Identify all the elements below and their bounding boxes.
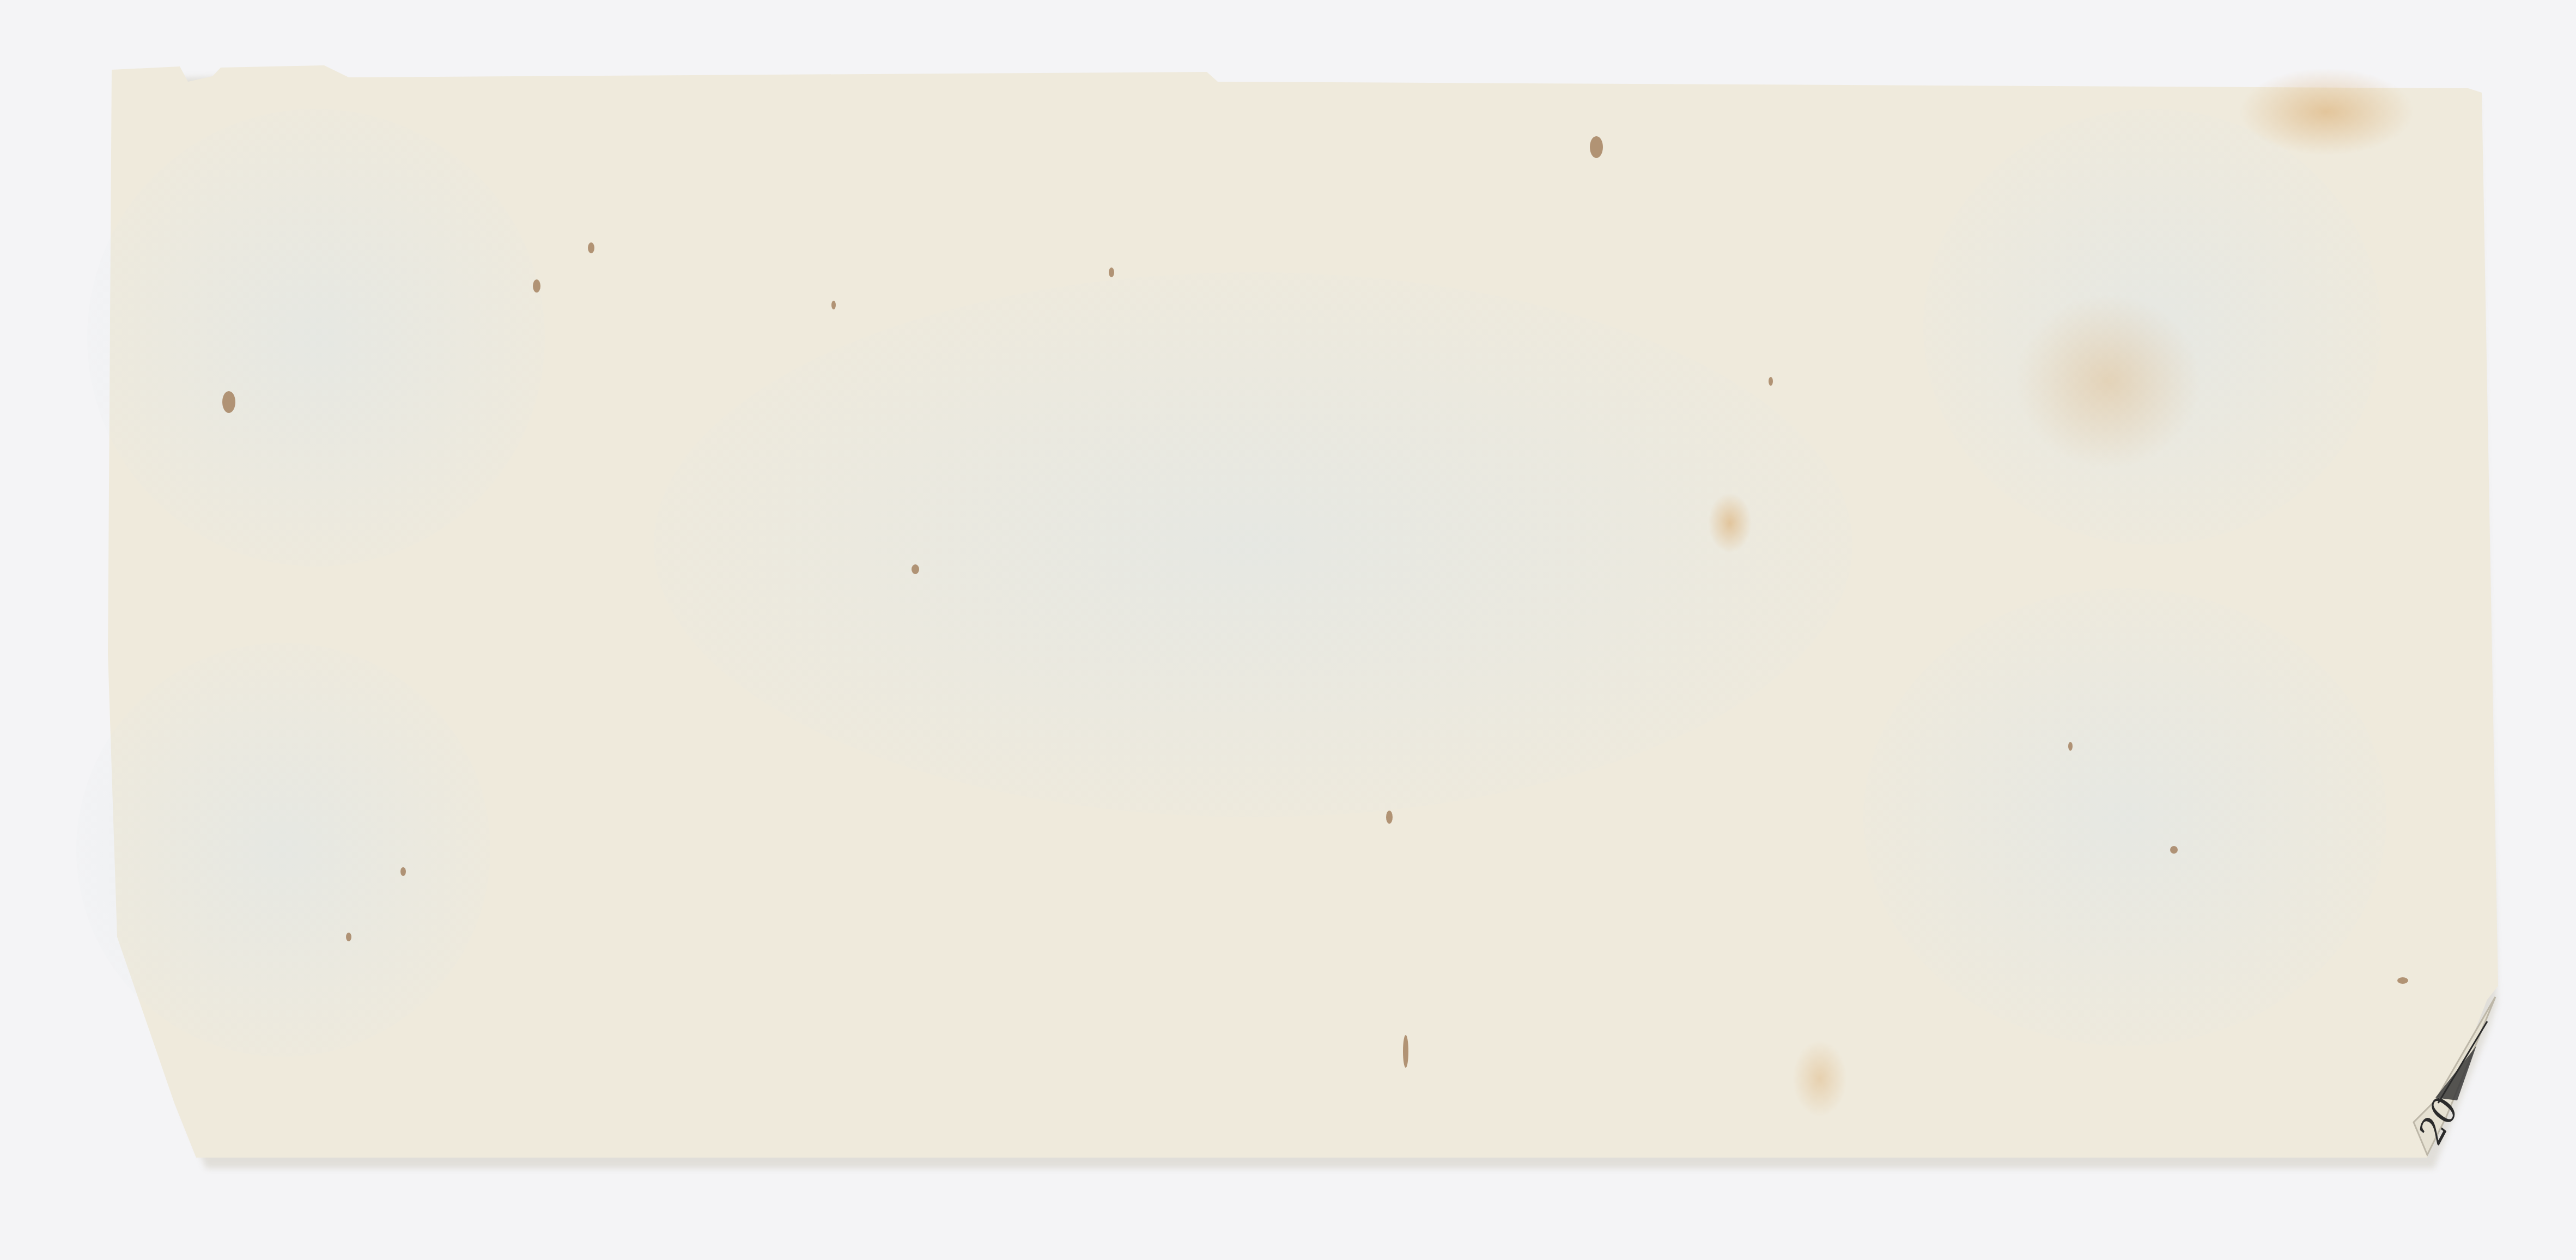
- right-stain: [2016, 294, 2201, 468]
- bottom-stain: [1793, 1040, 1847, 1117]
- right-vignette-tint: [1863, 588, 2386, 1046]
- center-tint: [654, 272, 1852, 817]
- center-stain: [1708, 493, 1752, 553]
- left-vignette-tint: [87, 109, 545, 567]
- top-right-stain: [2239, 68, 2414, 155]
- left-lower-vignette-tint: [76, 643, 490, 1057]
- banknote-paper: [0, 0, 2576, 1260]
